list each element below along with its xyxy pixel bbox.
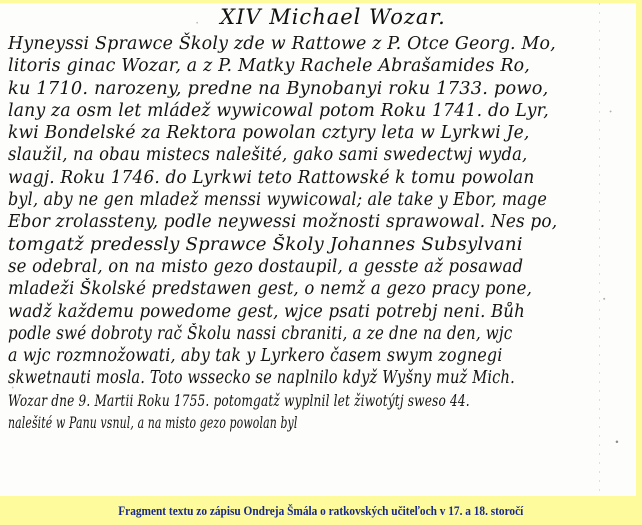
manuscript-line: mladeži Školské predstawen gest, o nemž … <box>8 278 578 300</box>
caption-band: Fragment textu zo zápisu Ondreja Šmála o… <box>0 496 642 525</box>
figure-caption: Fragment textu zo zápisu Ondreja Šmála o… <box>118 504 523 519</box>
manuscript-heading: XIV Michael Wozar. <box>0 5 636 29</box>
manuscript-line: slaužil, na obau mistecs nalešité, gako … <box>8 144 572 166</box>
manuscript-line: wagj. Roku 1746. do Lyrkwi teto Rattowsk… <box>8 167 590 189</box>
manuscript-line: a wjc rozmnožowati, aby tak y Lyrkero ča… <box>8 345 554 367</box>
manuscript-line: byl, aby ne gen mladež menssi wywicowal;… <box>8 189 560 211</box>
manuscript-line: nalešité w Panu vsnul, a na misto gezo p… <box>8 412 416 434</box>
manuscript-line: ku 1710. narozeny, predne na Bynobanyi r… <box>8 78 620 100</box>
manuscript-lines: Hyneyssi Sprawce Školy zde w Rattowe z P… <box>8 33 608 434</box>
manuscript-line: Wozar dne 9. Martii Roku 1755. potomgatž… <box>8 390 464 412</box>
manuscript-line: Ebor zrolassteny, podle neywessi možnost… <box>8 211 590 233</box>
manuscript-line: tomgatž predessly Sprawce Školy Johannes… <box>8 234 632 256</box>
manuscript-line: skwetnauti mosla. Toto wssecko se naplni… <box>8 367 512 389</box>
manuscript-line: Hyneyssi Sprawce Školy zde w Rattowe z P… <box>8 33 608 55</box>
manuscript-line: se odebral, on na misto gezo dostaupil, … <box>8 256 578 278</box>
manuscript-line: lany za osm let mládež wywicowal potom R… <box>8 100 602 122</box>
manuscript-line: kwi Bondelské za Rektora powolan cztyry … <box>8 122 596 144</box>
manuscript-scan: XIV Michael Wozar. Hyneyssi Sprawce Škol… <box>0 3 636 496</box>
manuscript-line: litoris ginac Wozar, a z P. Matky Rachel… <box>8 55 608 77</box>
manuscript-line: podle swé dobroty rač Školu nassi cbrani… <box>8 323 530 345</box>
manuscript-line: wadž každemu powedome gest, wjce psati p… <box>8 301 578 323</box>
